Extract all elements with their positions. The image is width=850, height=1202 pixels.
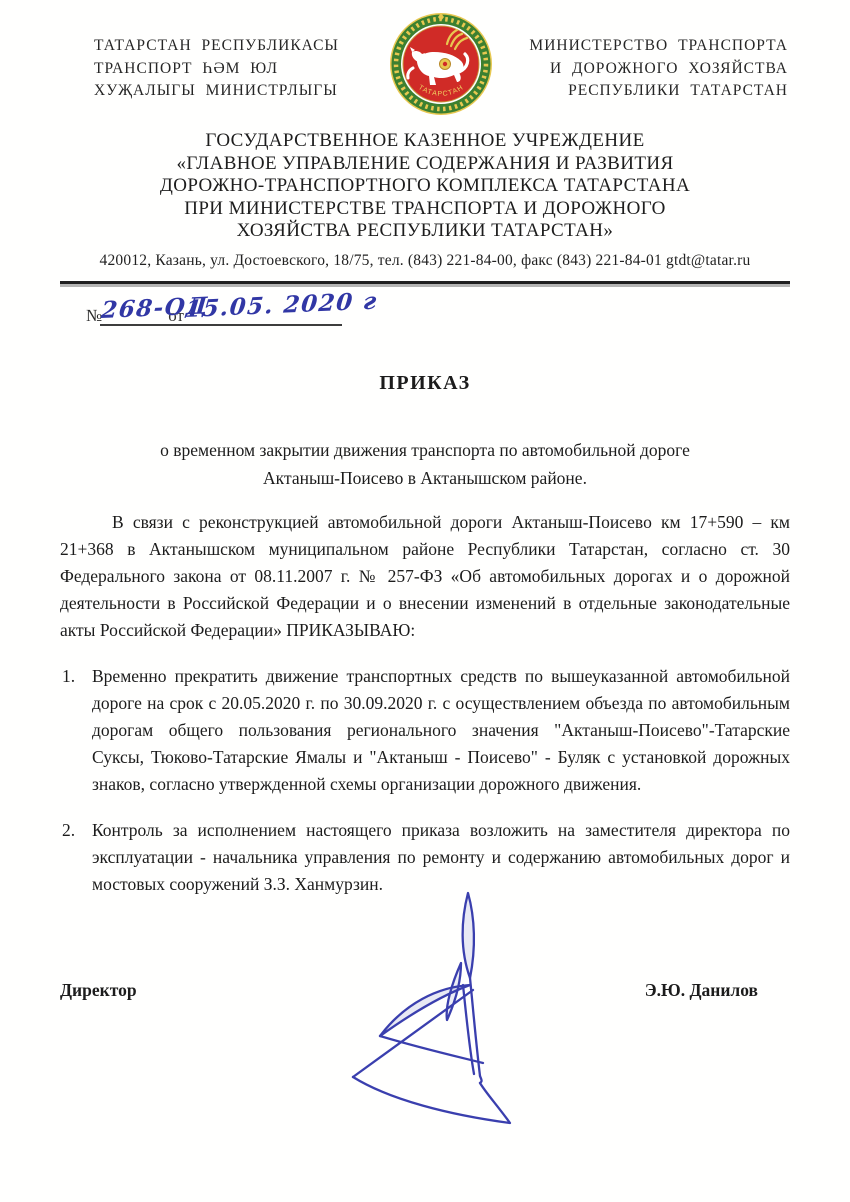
letterhead-divider xyxy=(60,281,790,284)
preamble-paragraph: В связи с реконструкцией автомобильной д… xyxy=(60,509,790,644)
letterhead-left-line: ТАТАРСТАН РЕСПУБЛИКАСЫ xyxy=(94,35,386,58)
organization-title: ГОСУДАРСТВЕННОЕ КАЗЕННОЕ УЧРЕЖДЕНИЕ «ГЛА… xyxy=(60,130,790,243)
signer-name-label: Э.Ю. Данилов xyxy=(645,980,758,1001)
document-page: ТАТАРСТАН РЕСПУБЛИКАСЫ ТРАНСПОРТ ҺӘМ ЮЛ … xyxy=(0,0,850,1202)
letterhead-left-line: ТРАНСПОРТ ҺӘМ ЮЛ xyxy=(94,58,386,81)
item-number: 2. xyxy=(62,817,75,844)
tatarstan-coat-of-arms: ТАТАРСТАН xyxy=(386,12,496,116)
date-field: 15.05. 2020 г xyxy=(184,300,342,326)
letterhead-left-line: ХУҖАЛЫГЫ МИНИСТРЛЫГЫ xyxy=(94,80,386,103)
handwritten-date: 15.05. 2020 г xyxy=(184,287,379,323)
registration-row: №268-ОДот 15.05. 2020 г xyxy=(60,300,790,338)
org-title-line: ХОЗЯЙСТВА РЕСПУБЛИКИ ТАТАРСТАН» xyxy=(60,220,790,243)
contact-address-line: 420012, Казань, ул. Достоевского, 18/75,… xyxy=(60,252,790,270)
subject-line: Актаныш-Поисево в Актанышском районе. xyxy=(84,464,766,492)
letterhead: ТАТАРСТАН РЕСПУБЛИКАСЫ ТРАНСПОРТ ҺӘМ ЮЛ … xyxy=(60,12,790,116)
document-subject: о временном закрытии движения транспорта… xyxy=(60,436,790,492)
document-title: ПРИКАЗ xyxy=(60,372,790,395)
item-text: Контроль за исполнением настоящего прика… xyxy=(92,820,790,894)
signer-position-label: Директор xyxy=(60,980,137,1001)
letterhead-right-line: МИНИСТЕРСТВО ТРАНСПОРТА xyxy=(496,35,788,58)
org-title-line: «ГЛАВНОЕ УПРАВЛЕНИЕ СОДЕРЖАНИЯ И РАЗВИТИ… xyxy=(60,153,790,176)
order-items: 1. Временно прекратить движение транспор… xyxy=(60,663,790,898)
org-title-line: ДОРОЖНО-ТРАНСПОРТНОГО КОМПЛЕКСА ТАТАРСТА… xyxy=(60,175,790,198)
letterhead-right-line: РЕСПУБЛИКИ ТАТАРСТАН xyxy=(496,80,788,103)
signature-row: Директор Э.Ю. Данилов xyxy=(60,980,790,1001)
org-title-line: ГОСУДАРСТВЕННОЕ КАЗЕННОЕ УЧРЕЖДЕНИЕ xyxy=(60,130,790,153)
item-number: 1. xyxy=(62,663,75,690)
letterhead-russian-name: МИНИСТЕРСТВО ТРАНСПОРТА И ДОРОЖНОГО ХОЗЯ… xyxy=(496,12,790,103)
item-text: Временно прекратить движение транспортны… xyxy=(92,666,790,794)
order-item-2: 2. Контроль за исполнением настоящего пр… xyxy=(60,817,790,898)
org-title-line: ПРИ МИНИСТЕРСТВЕ ТРАНСПОРТА И ДОРОЖНОГО xyxy=(60,198,790,221)
letterhead-tatar-name: ТАТАРСТАН РЕСПУБЛИКАСЫ ТРАНСПОРТ ҺӘМ ЮЛ … xyxy=(60,12,386,103)
letterhead-right-line: И ДОРОЖНОГО ХОЗЯЙСТВА xyxy=(496,58,788,81)
tatarstan-seal-icon: ТАТАРСТАН xyxy=(389,12,493,116)
subject-line: о временном закрытии движения транспорта… xyxy=(84,436,766,464)
order-item-1: 1. Временно прекратить движение транспор… xyxy=(60,663,790,798)
